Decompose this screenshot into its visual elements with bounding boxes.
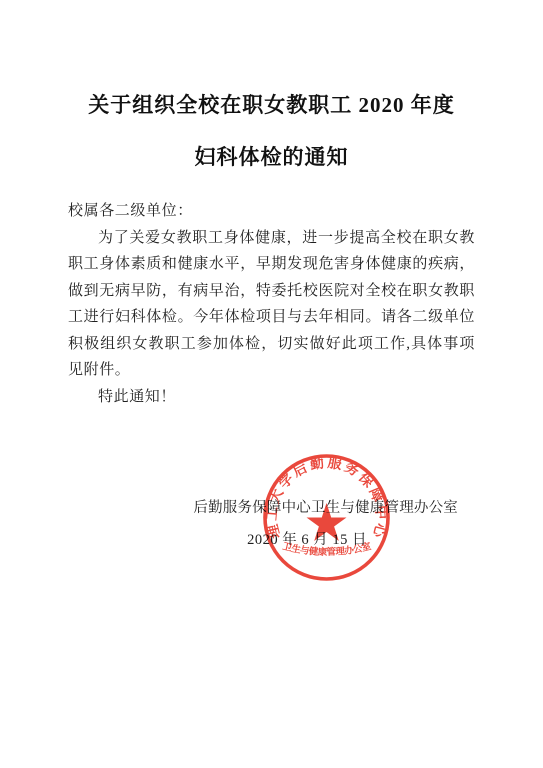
document-title-line2: 妇科体检的通知 xyxy=(0,142,543,172)
stamp-star-icon xyxy=(307,503,347,541)
body-paragraph: 为了关爱女教职工身体健康，进一步提高全校在职女教职工身体素质和健康水平，早期发现… xyxy=(68,225,475,384)
closing-line: 特此通知！ xyxy=(68,384,475,411)
stamp-bottom-text: 卫生与健康管理办公室 xyxy=(281,540,372,558)
official-seal-stamp: 理工大学后勤服务保障中心 卫生与健康管理办公室 xyxy=(258,449,395,586)
salutation-line: 校属各二级单位： xyxy=(68,198,475,225)
document-title-line1: 关于组织全校在职女教职工 2020 年度 xyxy=(0,90,543,120)
document-body: 校属各二级单位： 为了关爱女教职工身体健康，进一步提高全校在职女教职工身体素质和… xyxy=(68,198,475,410)
document-page: 关于组织全校在职女教职工 2020 年度 妇科体检的通知 校属各二级单位： 为了… xyxy=(0,0,543,768)
